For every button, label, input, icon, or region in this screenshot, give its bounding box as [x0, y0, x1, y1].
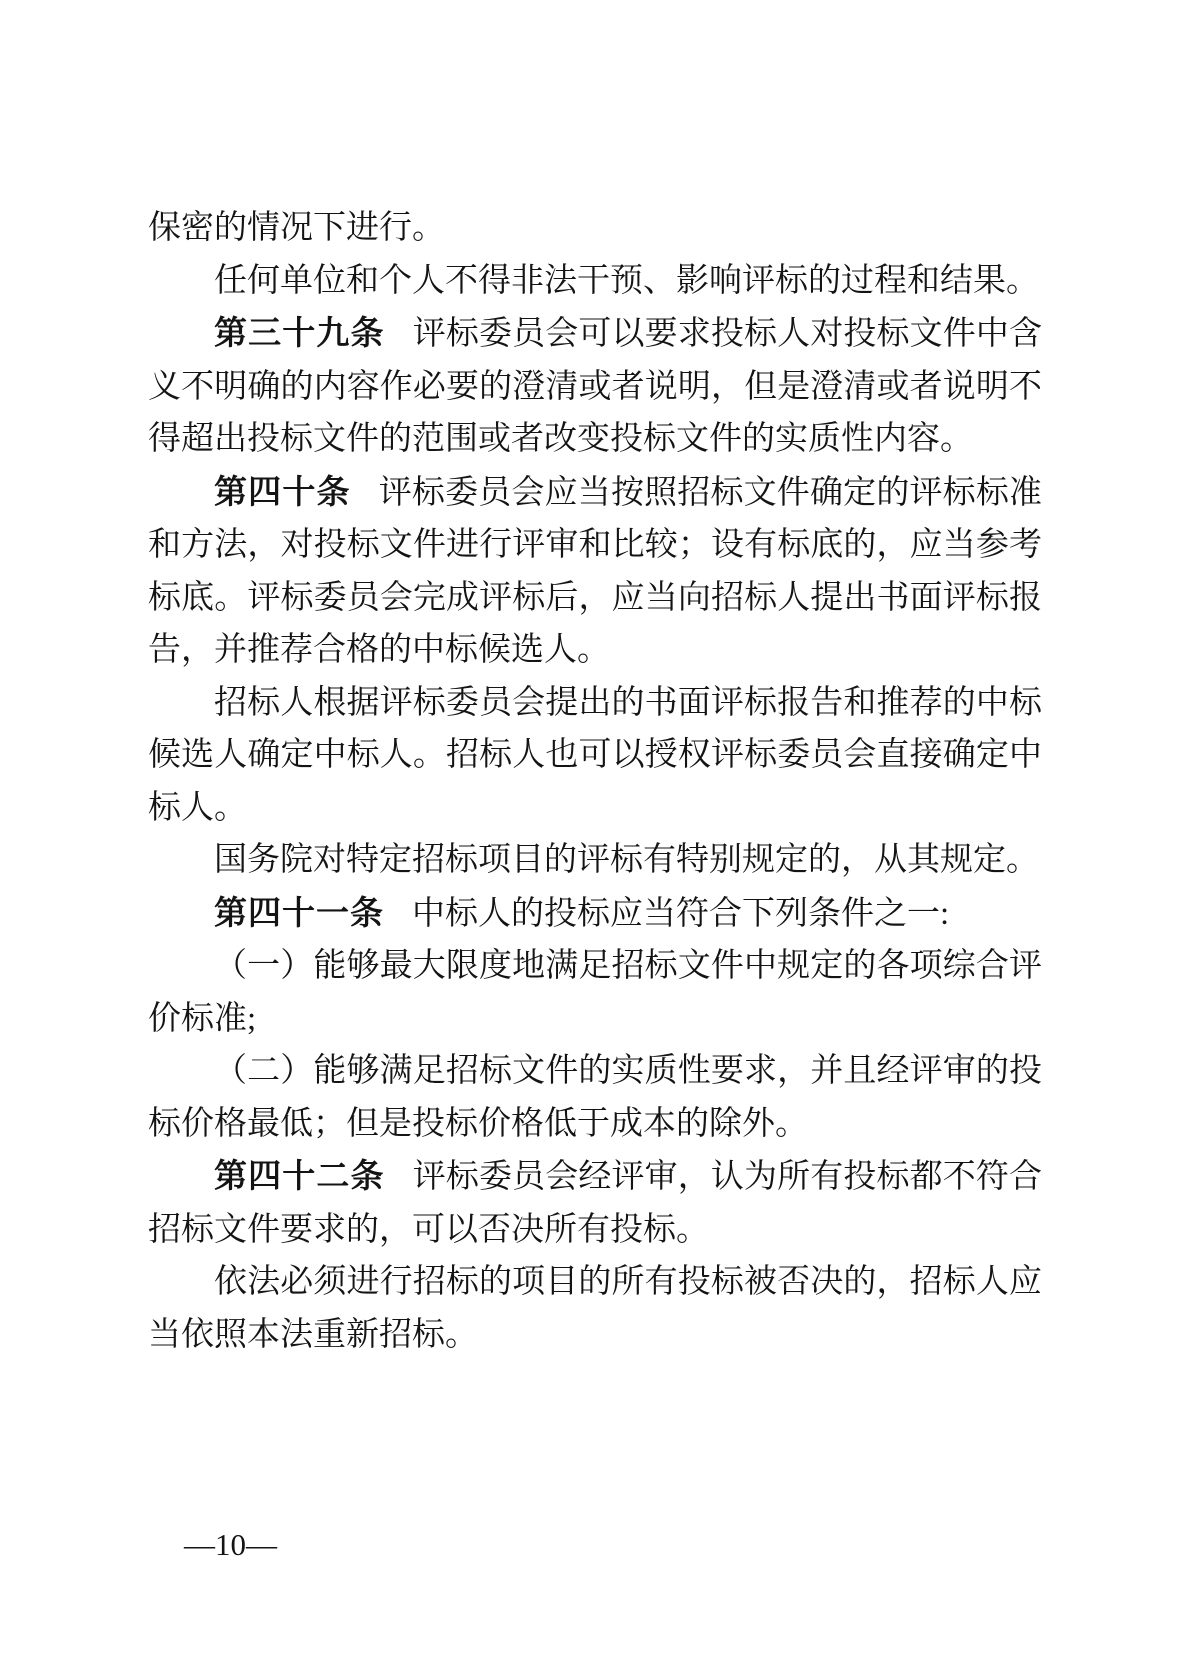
paragraph: （一）能够最大限度地满足招标文件中规定的各项综合评价标准;: [148, 940, 1042, 1045]
paragraph-text: 中标人的投标应当符合下列条件之一:: [412, 896, 949, 932]
paragraph: 第四十一条中标人的投标应当符合下列条件之一:: [148, 887, 1042, 941]
paragraph-text: （一）能够最大限度地满足招标文件中规定的各项综合评价标准;: [148, 948, 1042, 1037]
paragraph: 第四十二条评标委员会经评审，认为所有投标都不符合招标文件要求的，可以否决所有投标…: [148, 1150, 1042, 1256]
paragraph: （二）能够满足招标文件的实质性要求，并且经评审的投标价格最低；但是投标价格低于成…: [148, 1045, 1042, 1150]
text-block: 保密的情况下进行。 任何单位和个人不得非法干预、影响评标的过程和结果。 第三十九…: [148, 202, 1042, 1361]
paragraph-text: 招标人根据评标委员会提出的书面评标报告和推荐的中标候选人确定中标人。招标人也可以…: [148, 685, 1042, 826]
article-number: 第三十九条: [214, 314, 385, 351]
paragraph: 第四十条评标委员会应当按照招标文件确定的评标标准和方法，对投标文件进行评审和比较…: [148, 466, 1042, 677]
paragraph-text: 依法必须进行招标的项目的所有投标被否决的，招标人应当依照本法重新招标。: [148, 1264, 1042, 1353]
paragraph: 保密的情况下进行。: [148, 202, 1042, 255]
paragraph: 任何单位和个人不得非法干预、影响评标的过程和结果。: [148, 255, 1042, 308]
article-number: 第四十二条: [214, 1157, 385, 1194]
paragraph: 第三十九条评标委员会可以要求投标人对投标文件中含义不明确的内容作必要的澄清或者说…: [148, 307, 1042, 466]
paragraph: 国务院对特定招标项目的评标有特别规定的，从其规定。: [148, 834, 1042, 887]
paragraph-text: 任何单位和个人不得非法干预、影响评标的过程和结果。: [214, 263, 1039, 299]
document-page: 保密的情况下进行。 任何单位和个人不得非法干预、影响评标的过程和结果。 第三十九…: [0, 0, 1185, 1678]
paragraph-text: （二）能够满足招标文件的实质性要求，并且经评审的投标价格最低；但是投标价格低于成…: [148, 1053, 1042, 1142]
article-number: 第四十条: [214, 473, 351, 510]
paragraph: 招标人根据评标委员会提出的书面评标报告和推荐的中标候选人确定中标人。招标人也可以…: [148, 677, 1042, 835]
article-number: 第四十一条: [214, 894, 384, 931]
paragraph: 依法必须进行招标的项目的所有投标被否决的，招标人应当依照本法重新招标。: [148, 1256, 1042, 1361]
paragraph-text: 保密的情况下进行。: [148, 210, 445, 246]
paragraph-text: 国务院对特定招标项目的评标有特别规定的，从其规定。: [214, 842, 1039, 878]
page-number: —10—: [184, 1527, 277, 1563]
